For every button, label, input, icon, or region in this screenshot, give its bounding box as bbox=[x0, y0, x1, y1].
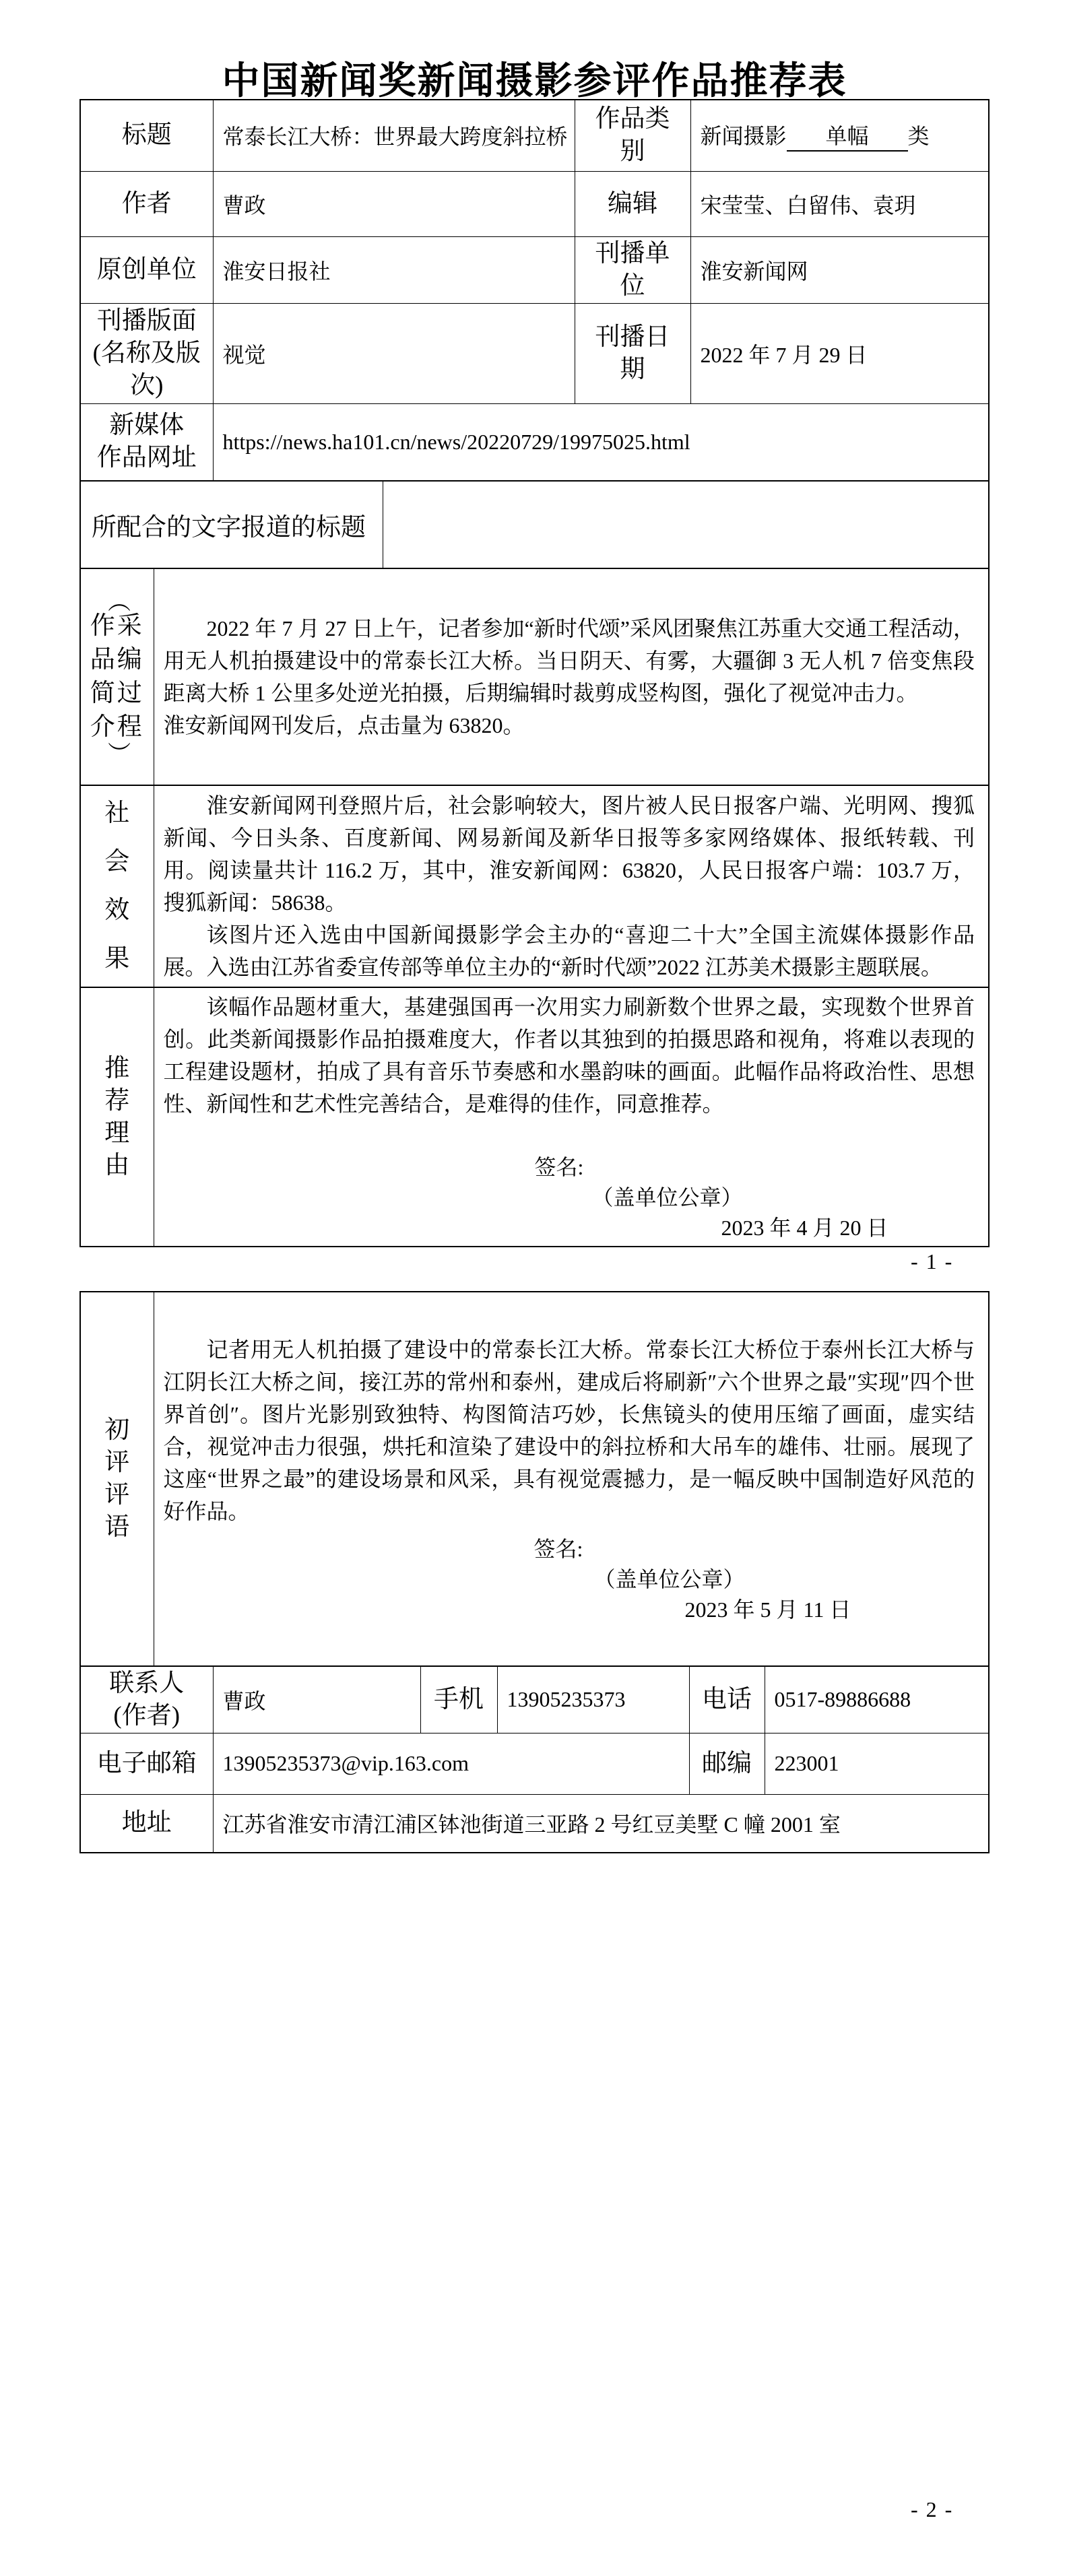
social-paragraph-2: 该图片还入选由中国新闻摄影学会主办的“喜迎二十大”全国主流媒体摄影作品展。入选由… bbox=[164, 919, 975, 983]
author-value: 曹政 bbox=[213, 171, 575, 236]
pub-date-label: 刊播日 期 bbox=[575, 303, 690, 403]
pub-unit-value: 淮安新闻网 bbox=[690, 236, 989, 303]
category-fill-underline: 单幅 bbox=[787, 119, 908, 152]
editor-label: 编辑 bbox=[575, 171, 690, 236]
page-number-2: - 2 - bbox=[911, 2497, 953, 2522]
table-row: 推 荐 理 由 该幅作品题材重大，基建强国再一次用实力刷新数个世界之最，实现数个… bbox=[80, 987, 989, 1247]
table-row: 电子邮箱 13905235373@vip.163.com 邮编 223001 bbox=[80, 1733, 989, 1794]
address-label: 地址 bbox=[80, 1794, 213, 1853]
zip-label: 邮编 bbox=[689, 1733, 765, 1794]
table-row: 所配合的文字报道的标题 bbox=[80, 481, 989, 568]
review-paragraph: 记者用无人机拍摄了建设中的常泰长江大桥。常泰长江大桥位于泰州长江大桥与江阴长江大… bbox=[164, 1333, 975, 1527]
mobile-label: 手机 bbox=[420, 1666, 497, 1733]
editor-value: 宋莹莹、白留伟、袁玥 bbox=[690, 171, 989, 236]
social-effect-text-cell: 淮安新闻网刊登照片后，社会影响较大，图片被人民日报客户端、光明网、搜狐新闻、今日… bbox=[154, 785, 989, 987]
zip-value: 223001 bbox=[765, 1733, 989, 1794]
url-value: https://news.ha101.cn/news/20220729/1997… bbox=[213, 403, 989, 481]
signature-label: 签名: bbox=[164, 1534, 975, 1564]
table-row: 初 评 评 语 记者用无人机拍摄了建设中的常泰长江大桥。常泰长江大桥位于泰州长江… bbox=[80, 1292, 989, 1666]
mobile-value: 13905235373 bbox=[497, 1666, 689, 1733]
table-row: 地址 江苏省淮安市清江浦区钵池街道三亚路 2 号红豆美墅 C 幢 2001 室 bbox=[80, 1794, 989, 1853]
vertical-paren-open: （ bbox=[108, 589, 126, 612]
pub-page-label: 刊播版面 (名称及版 次) bbox=[80, 303, 213, 403]
recommend-reason-text-cell: 该幅作品题材重大，基建强国再一次用实力刷新数个世界之最，实现数个世界首创。此类新… bbox=[154, 987, 989, 1247]
email-value: 13905235373@vip.163.com bbox=[213, 1733, 689, 1794]
pub-date-value: 2022 年 7 月 29 日 bbox=[690, 303, 989, 403]
table-row: （ 作采 品编 简过 介程 ） 2022 年 7 月 27 日上午，记者参加“新… bbox=[80, 568, 989, 785]
social-paragraph-1: 淮安新闻网刊登照片后，社会影响较大，图片被人民日报客户端、光明网、搜狐新闻、今日… bbox=[164, 789, 975, 919]
contact-person-value: 曹政 bbox=[213, 1666, 420, 1733]
entry-form-table-page1: 标题 常泰长江大桥：世界最大跨度斜拉桥 作品类 别 新闻摄影单幅类 作者 曹政 … bbox=[79, 99, 990, 1247]
phone-label: 电话 bbox=[689, 1666, 765, 1733]
pub-unit-label: 刊播单 位 bbox=[575, 236, 690, 303]
author-label: 作者 bbox=[80, 171, 213, 236]
orig-unit-label: 原创单位 bbox=[80, 236, 213, 303]
category-prefix: 新闻摄影 bbox=[701, 124, 787, 148]
summary-text-cell: 2022 年 7 月 27 日上午，记者参加“新时代颂”采风团聚焦江苏重大交通工… bbox=[154, 568, 989, 785]
category-value: 新闻摄影单幅类 bbox=[690, 100, 989, 171]
review-date: 2023 年 5 月 11 日 bbox=[164, 1595, 975, 1625]
address-value: 江苏省淮安市清江浦区钵池街道三亚路 2 号红豆美墅 C 幢 2001 室 bbox=[213, 1794, 989, 1853]
phone-value: 0517-89886688 bbox=[765, 1666, 989, 1733]
table-row: 刊播版面 (名称及版 次) 视觉 刊播日 期 2022 年 7 月 29 日 bbox=[80, 303, 989, 403]
summary-paragraph-1: 2022 年 7 月 27 日上午，记者参加“新时代颂”采风团聚焦江苏重大交通工… bbox=[164, 612, 975, 709]
summary-label: （ 作采 品编 简过 介程 ） bbox=[80, 568, 154, 785]
title-label: 标题 bbox=[80, 100, 213, 171]
category-label: 作品类 别 bbox=[575, 100, 690, 171]
recommend-date: 2023 年 4 月 20 日 bbox=[164, 1213, 975, 1243]
initial-review-label: 初 评 评 语 bbox=[80, 1292, 154, 1666]
pub-page-value: 视觉 bbox=[213, 303, 575, 403]
summary-label-text: 作采 品编 简过 介程 bbox=[90, 609, 144, 744]
table-row: 联系人 (作者) 曹政 手机 13905235373 电话 0517-89886… bbox=[80, 1666, 989, 1733]
page-number-1: - 1 - bbox=[911, 1249, 953, 1274]
table-row: 原创单位 淮安日报社 刊播单 位 淮安新闻网 bbox=[80, 236, 989, 303]
orig-unit-value: 淮安日报社 bbox=[213, 236, 575, 303]
entry-form-table-page2: 初 评 评 语 记者用无人机拍摄了建设中的常泰长江大桥。常泰长江大桥位于泰州长江… bbox=[79, 1291, 990, 1853]
summary-paragraph-2: 淮安新闻网刊发后，点击量为 63820。 bbox=[164, 709, 975, 741]
work-title-value: 常泰长江大桥：世界最大跨度斜拉桥 bbox=[213, 100, 575, 171]
vertical-paren-close: ） bbox=[108, 741, 126, 764]
url-label: 新媒体 作品网址 bbox=[80, 403, 213, 481]
social-effect-label: 社 会 效 果 bbox=[80, 785, 154, 987]
seal-note: （盖单位公章） bbox=[164, 1564, 975, 1595]
text-report-label: 所配合的文字报道的标题 bbox=[80, 481, 383, 568]
recommend-reason-label: 推 荐 理 由 bbox=[80, 987, 154, 1247]
initial-review-text-cell: 记者用无人机拍摄了建设中的常泰长江大桥。常泰长江大桥位于泰州长江大桥与江阴长江大… bbox=[154, 1292, 989, 1666]
table-row: 社 会 效 果 淮安新闻网刊登照片后，社会影响较大，图片被人民日报客户端、光明网… bbox=[80, 785, 989, 987]
email-label: 电子邮箱 bbox=[80, 1733, 213, 1794]
seal-note: （盖单位公章） bbox=[164, 1183, 975, 1213]
recommend-signature-block: 签名: （盖单位公章） 2023 年 4 月 20 日 bbox=[164, 1152, 975, 1243]
review-signature-block: 签名: （盖单位公章） 2023 年 5 月 11 日 bbox=[164, 1534, 975, 1625]
table-row: 标题 常泰长江大桥：世界最大跨度斜拉桥 作品类 别 新闻摄影单幅类 bbox=[80, 100, 989, 171]
category-suffix: 类 bbox=[908, 124, 930, 148]
table-row: 作者 曹政 编辑 宋莹莹、白留伟、袁玥 bbox=[80, 171, 989, 236]
text-report-value bbox=[383, 481, 989, 568]
recommend-paragraph: 该幅作品题材重大，基建强国再一次用实力刷新数个世界之最，实现数个世界首创。此类新… bbox=[164, 991, 975, 1120]
table-row: 新媒体 作品网址 https://news.ha101.cn/news/2022… bbox=[80, 403, 989, 481]
signature-label: 签名: bbox=[164, 1152, 975, 1183]
contact-person-label: 联系人 (作者) bbox=[80, 1666, 213, 1733]
page-title: 中国新闻奖新闻摄影参评作品推荐表 bbox=[0, 51, 1069, 105]
